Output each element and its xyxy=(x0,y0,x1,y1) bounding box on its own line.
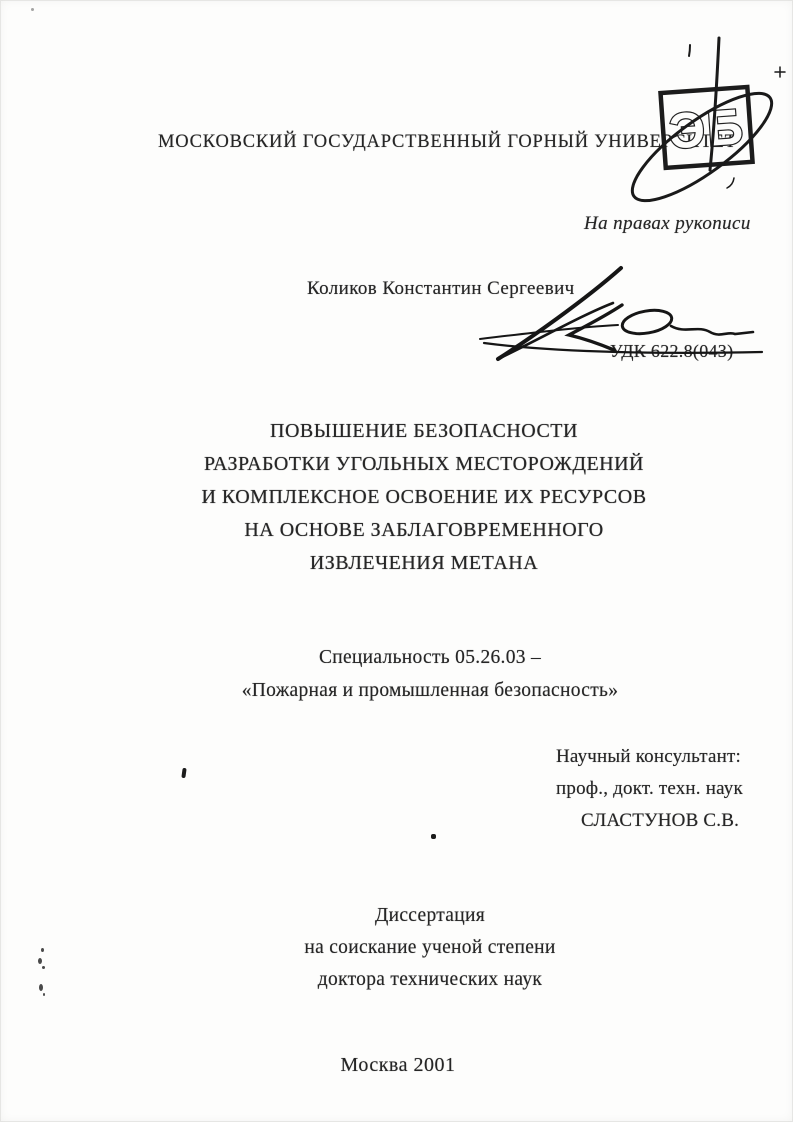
library-stamp: ЭБ xyxy=(555,20,793,235)
consultant-name: СЛАСТУНОВ С.В. xyxy=(556,805,746,837)
stamp-text: ЭБ xyxy=(668,98,747,159)
city-year: Москва 2001 xyxy=(30,1054,766,1077)
title-line: РАЗРАБОТКИ УГОЛЬНЫХ МЕСТОРОЖДЕНИЙ xyxy=(56,448,792,481)
manuscript-note: На правах рукописи xyxy=(584,213,751,235)
scan-speckle xyxy=(41,948,44,952)
scan-speckle xyxy=(39,984,43,991)
consultant-degree: проф., докт. техн. наук xyxy=(556,773,746,805)
title-line: И КОМПЛЕКСНОЕ ОСВОЕНИЕ ИХ РЕСУРСОВ xyxy=(56,481,792,514)
signature xyxy=(470,255,780,380)
specialty-code: Специальность 05.26.03 – xyxy=(62,641,793,674)
ink-mark xyxy=(431,834,436,839)
title-line: НА ОСНОВЕ ЗАБЛАГОВРЕМЕННОГО xyxy=(56,514,792,547)
specialty: Специальность 05.26.03 – «Пожарная и про… xyxy=(62,641,793,707)
title-line: ПОВЫШЕНИЕ БЕЗОПАСНОСТИ xyxy=(56,415,792,448)
scan-speckle xyxy=(38,958,42,964)
dissertation-title: ПОВЫШЕНИЕ БЕЗОПАСНОСТИ РАЗРАБОТКИ УГОЛЬН… xyxy=(56,415,792,580)
title-line: ИЗВЛЕЧЕНИЯ МЕТАНА xyxy=(56,547,792,580)
scan-speckle xyxy=(43,993,45,996)
scan-speckle xyxy=(42,966,45,969)
consultant-label: Научный консультант: xyxy=(556,741,746,773)
consultant-block: Научный консультант: проф., докт. техн. … xyxy=(556,741,746,837)
specialty-name: «Пожарная и промышленная безопасность» xyxy=(62,674,793,707)
scan-speckle xyxy=(31,8,34,11)
stamp-box-icon: ЭБ xyxy=(661,87,753,168)
thesis-type: Диссертация на соискание ученой степени … xyxy=(62,900,793,996)
ink-mark xyxy=(181,768,186,778)
thesis-line: Диссертация xyxy=(62,900,793,932)
dissertation-title-page: МОСКОВСКИЙ ГОСУДАРСТВЕННЫЙ ГОРНЫЙ УНИВЕР… xyxy=(0,0,793,1122)
thesis-line: доктора технических наук xyxy=(62,964,793,996)
thesis-line: на соискание ученой степени xyxy=(62,932,793,964)
